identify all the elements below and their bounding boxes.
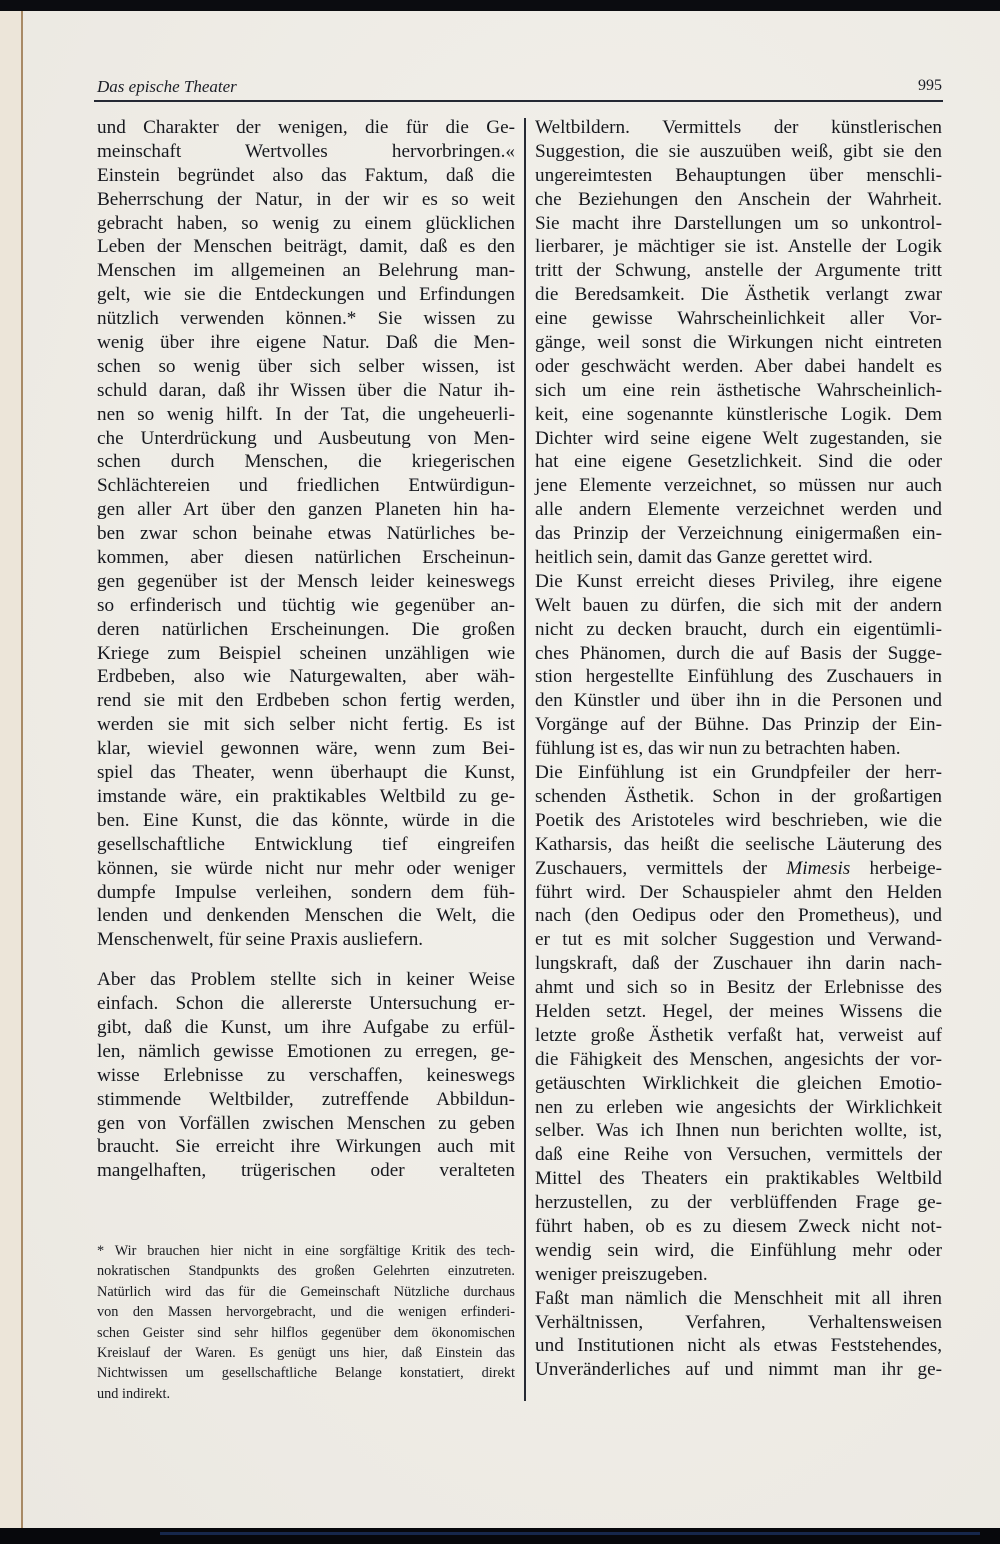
text-line: schen Geister sind sehr hilflos gegenübe… bbox=[97, 1323, 515, 1343]
text-line: die Beredsamkeit. Die Ästhetik verlangt … bbox=[535, 283, 942, 307]
text-line: herzustellen, zu der verblüffenden Frage… bbox=[535, 1191, 942, 1215]
text-line: Leben der Menschen beiträgt, damit, daß … bbox=[97, 235, 515, 259]
running-head-title: Das epische Theater bbox=[97, 77, 237, 97]
page-number: 995 bbox=[918, 77, 942, 95]
text-line: Vorgänge auf der Bühne. Das Prinzip der … bbox=[535, 713, 942, 737]
text-line: Einstein begründet also das Faktum, daß … bbox=[97, 164, 515, 188]
text-line: che Beziehungen den Anschein der Wahrhei… bbox=[535, 188, 942, 212]
text-line: wisse Erlebnisse zu verschaffen, keinesw… bbox=[97, 1064, 515, 1088]
text-line: sich um eine rein ästhetische Wahrschein… bbox=[535, 379, 942, 403]
text-line: wenig über ihre eigene Natur. Daß die Me… bbox=[97, 331, 515, 355]
text-line: gesellschaftliche Entwicklung tief eingr… bbox=[97, 833, 515, 857]
text-line: getäuschten Wirklichkeit die gleichen Em… bbox=[535, 1072, 942, 1096]
text-line: ches Phänomen, durch die auf Basis der S… bbox=[535, 642, 942, 666]
text-span: Zuschauers, vermittels der bbox=[535, 858, 767, 879]
text-line: len, nämlich gewisse Emotionen zu errege… bbox=[97, 1040, 515, 1064]
text-line: nützlich verwenden können.* Sie wissen z… bbox=[97, 307, 515, 331]
text-line: Sie macht ihre Darstellungen um so unkon… bbox=[535, 212, 942, 236]
text-line: und Institutionen nicht als etwas Festst… bbox=[535, 1334, 942, 1358]
text-line: den Künstler und über ihn in die Persone… bbox=[535, 689, 942, 713]
text-line: gen von Vorfällen zwischen Menschen zu g… bbox=[97, 1112, 515, 1136]
paragraph: Faßt man nämlich die Menschheit mit all … bbox=[535, 1287, 942, 1383]
text-line: Menschen im allgemeinen an Belehrung man… bbox=[97, 259, 515, 283]
text-line: Schlächtereien und friedlichen Entwürdig… bbox=[97, 474, 515, 498]
text-line: führt haben, ob es zu diesem Zweck nicht… bbox=[535, 1215, 942, 1239]
text-line: er tut es mit solcher Suggestion und Ver… bbox=[535, 928, 942, 952]
text-line: Helden setzt. Hegel, der meines Wissens … bbox=[535, 1000, 942, 1024]
text-line: nen zu erleben wie angesichts der Wirkli… bbox=[535, 1096, 942, 1120]
text-line: Suggestion, die sie auszuüben weiß, gibt… bbox=[535, 140, 942, 164]
text-line: Kriege zum Beispiel scheinen unzähligen … bbox=[97, 642, 515, 666]
italic-term-mimesis: Mimesis bbox=[786, 858, 850, 879]
text-line: hat eine eigene Gesetzlichkeit. Sind die… bbox=[535, 450, 942, 474]
text-line: Verhältnissen, Verfahren, Verhaltensweis… bbox=[535, 1311, 942, 1335]
text-line: können, sie würde nicht nur mehr oder we… bbox=[97, 857, 515, 881]
text-line: Beherrschung der Natur, in der wir es so… bbox=[97, 188, 515, 212]
paragraph: Die Kunst erreicht dieses Privileg, ihre… bbox=[535, 570, 942, 761]
text-line: lenden und denkenden Menschen die Welt, … bbox=[97, 904, 515, 928]
book-spine-edge bbox=[0, 11, 22, 1528]
left-column: und Charakter der wenigen, die für die G… bbox=[97, 116, 515, 1183]
text-line: daß eine Reihe von Versuchen, vermittels… bbox=[535, 1143, 942, 1167]
text-line: gibt, daß die Kunst, um ihre Aufgabe zu … bbox=[97, 1016, 515, 1040]
text-line: Dichter wird seine eigene Welt zugestand… bbox=[535, 427, 942, 451]
right-column: Weltbildern. Vermittels der künstlerisch… bbox=[535, 116, 942, 1382]
text-line: braucht. Sie erreicht ihre Wirkungen auc… bbox=[97, 1135, 515, 1159]
text-line: kommen, aber diesen natürlichen Erschein… bbox=[97, 546, 515, 570]
text-line: Unveränderliches auf und nimmt man ihr g… bbox=[535, 1358, 942, 1382]
text-line: ahmt und sich so in Besitz der Erlebniss… bbox=[535, 976, 942, 1000]
text-line: weniger preiszugeben. bbox=[535, 1263, 942, 1287]
scan-bottom-border bbox=[0, 1528, 1000, 1544]
text-line: jene Elemente verzeichnet, so müssen nur… bbox=[535, 474, 942, 498]
text-line: deren natürlichen Erscheinungen. Die gro… bbox=[97, 618, 515, 642]
text-line: führt wird. Der Schauspieler ahmt den He… bbox=[535, 881, 942, 905]
text-line: Weltbildern. Vermittels der künstlerisch… bbox=[535, 116, 942, 140]
paragraph: Aber das Problem stellte sich in keiner … bbox=[97, 968, 515, 1183]
text-line: Kreislauf der Waren. Es genügt uns hier,… bbox=[97, 1343, 515, 1363]
text-line: Die Kunst erreicht dieses Privileg, ihre… bbox=[535, 570, 942, 594]
text-line: das Prinzip der Verzeichnung einigermaße… bbox=[535, 522, 942, 546]
text-line: Erdbeben, also wie Naturgewalten, aber w… bbox=[97, 665, 515, 689]
text-line: nen so wenig hilft. In der Tat, die unge… bbox=[97, 403, 515, 427]
text-line: schen durch Menschen, die kriegerischen bbox=[97, 450, 515, 474]
text-line: imstande wäre, ein praktikables Weltbild… bbox=[97, 785, 515, 809]
text-line: tritt der Schwung, anstelle der Argument… bbox=[535, 259, 942, 283]
column-divider bbox=[524, 118, 526, 1401]
text-line: Zuschauers, vermittels der Mimesis herbe… bbox=[535, 857, 942, 881]
text-line: gen gegenüber ist der Mensch leider kein… bbox=[97, 570, 515, 594]
text-line: oder geschwächt werden. Aber dabei hande… bbox=[535, 355, 942, 379]
text-line: keit, eine sogenannte künstlerische Logi… bbox=[535, 403, 942, 427]
text-line: che Unterdrückung und Ausbeutung von Men… bbox=[97, 427, 515, 451]
footnote: * Wir brauchen hier nicht in eine sorgfä… bbox=[97, 1241, 515, 1404]
text-line: rend sie mit den Erdbeben schon fertig w… bbox=[97, 689, 515, 713]
text-line: klar, wieviel gewonnen wäre, wenn zum Be… bbox=[97, 737, 515, 761]
text-line: und indirekt. bbox=[97, 1384, 515, 1404]
text-line: nokratischen Standpunkts des großen Gele… bbox=[97, 1261, 515, 1281]
text-line: ben. Eine Kunst, die das könnte, würde i… bbox=[97, 809, 515, 833]
text-line: Welt bauen zu dürfen, die sich mit der a… bbox=[535, 594, 942, 618]
text-line: alle andern Elemente verzeichnet werden … bbox=[535, 498, 942, 522]
text-line: lungskraft, daß der Zuschauer ihn darin … bbox=[535, 952, 942, 976]
text-line: schenden Ästhetik. Schon in der großarti… bbox=[535, 785, 942, 809]
text-line: und Charakter der wenigen, die für die G… bbox=[97, 116, 515, 140]
text-line: nicht zu decken braucht, durch ein eigen… bbox=[535, 618, 942, 642]
text-line: werden sie mit sich selber nicht fertig.… bbox=[97, 713, 515, 737]
text-line: stion hergestellte Einfühlung des Zuscha… bbox=[535, 665, 942, 689]
text-line: gebracht haben, so wenig zu einem glückl… bbox=[97, 212, 515, 236]
text-line: gänge, weil sonst die Wirkungen nicht ei… bbox=[535, 331, 942, 355]
text-line: so erfinderisch und tüchtig wie gegenübe… bbox=[97, 594, 515, 618]
text-line: mangelhaften, trügerischen oder veraltet… bbox=[97, 1159, 515, 1183]
text-line: nach (den Oedipus oder den Prometheus), … bbox=[535, 904, 942, 928]
text-line: * Wir brauchen hier nicht in eine sorgfä… bbox=[97, 1241, 515, 1261]
text-line: gen aller Art über den ganzen Planeten h… bbox=[97, 498, 515, 522]
text-line: schuld daran, daß ihr Wissen über die Na… bbox=[97, 379, 515, 403]
text-span: herbeige- bbox=[870, 858, 942, 879]
text-line: ungereimtesten Behauptungen über menschl… bbox=[535, 164, 942, 188]
text-line: Mittel des Theaters ein praktikables Wel… bbox=[535, 1167, 942, 1191]
text-line: ben zwar schon beinahe etwas Natürliches… bbox=[97, 522, 515, 546]
paragraph: Weltbildern. Vermittels der künstlerisch… bbox=[535, 116, 942, 570]
text-line: Aber das Problem stellte sich in keiner … bbox=[97, 968, 515, 992]
text-line: wendig sein wird, die Einfühlung mehr od… bbox=[535, 1239, 942, 1263]
text-line: Katharsis, das heißt die seelische Läute… bbox=[535, 833, 942, 857]
text-line: Die Einfühlung ist ein Grundpfeiler der … bbox=[535, 761, 942, 785]
text-line: Faßt man nämlich die Menschheit mit all … bbox=[535, 1287, 942, 1311]
text-line: gelt, wie sie die Entdeckungen und Erfin… bbox=[97, 283, 515, 307]
paragraph: und Charakter der wenigen, die für die G… bbox=[97, 116, 515, 952]
text-line: spiel das Theater, wenn überhaupt die Ku… bbox=[97, 761, 515, 785]
text-line: Nichtwissen um gesellschaftliche Belange… bbox=[97, 1363, 515, 1383]
text-line: einfach. Schon die allererste Untersuchu… bbox=[97, 992, 515, 1016]
text-line: stimmende Weltbilder, zutreffende Abbild… bbox=[97, 1088, 515, 1112]
text-line: fühlung ist es, das wir nun zu betrachte… bbox=[535, 737, 942, 761]
text-line: lierbarer, je mächtiger sie ist. Anstell… bbox=[535, 235, 942, 259]
scan-top-border bbox=[0, 0, 1000, 11]
text-line: meinschaft Wertvolles hervorbringen.« bbox=[97, 140, 515, 164]
text-line: selber. Was ich Ihnen nun berichten woll… bbox=[535, 1119, 942, 1143]
header-rule bbox=[94, 100, 943, 102]
paragraph: Die Einfühlung ist ein Grundpfeiler der … bbox=[535, 761, 942, 1287]
paragraph-gap bbox=[97, 952, 515, 968]
text-line: schen so wenig über sich selber wissen, … bbox=[97, 355, 515, 379]
text-line: Poetik des Aristoteles wird beschrieben,… bbox=[535, 809, 942, 833]
text-line: letzte große Ästhetik verfaßt hat, verwe… bbox=[535, 1024, 942, 1048]
text-line: eine gewisse Wahrscheinlichkeit aller Vo… bbox=[535, 307, 942, 331]
text-line: Menschenwelt, für seine Praxis ausliefer… bbox=[97, 928, 515, 952]
running-head: Das epische Theater 995 bbox=[97, 74, 942, 100]
text-line: die Fähigkeit des Menschen, angesichts d… bbox=[535, 1048, 942, 1072]
text-line: von den Massen hervorgebracht, und die w… bbox=[97, 1302, 515, 1322]
text-line: heitlich sein, damit das Ganze gerettet … bbox=[535, 546, 942, 570]
text-line: Natürlich wird das für die Gemeinschaft … bbox=[97, 1282, 515, 1302]
text-line: dumpfe Impulse verleihen, sondern dem fü… bbox=[97, 881, 515, 905]
